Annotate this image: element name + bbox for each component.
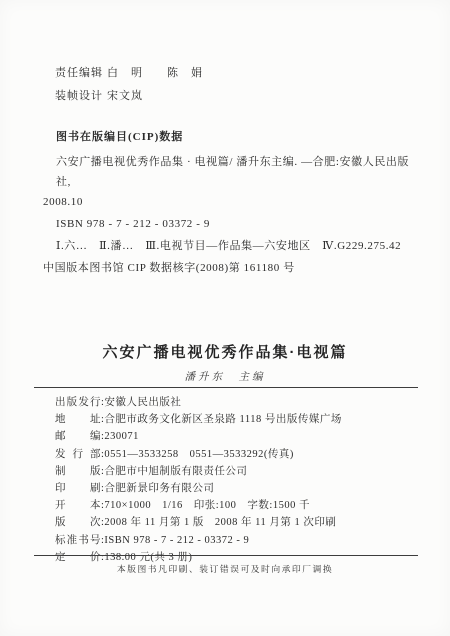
colophon-label: 出版发行 — [55, 394, 101, 411]
colophon-value: 安徽人民出版社 — [104, 394, 430, 411]
chief-editor: 潘升东 主编 — [0, 369, 450, 384]
colophon-value: 0551—3533258 0551—3533292(传真) — [104, 446, 430, 463]
book-title: 六安广播电视优秀作品集·电视篇 — [0, 341, 450, 362]
colophon-label: 地 址 — [55, 411, 101, 428]
colophon-row-edition: 版 次:2008 年 11 月第 1 版 2008 年 11 月第 1 次印刷 — [55, 514, 430, 531]
responsible-editor-label: 责任编辑 — [55, 62, 103, 85]
cip-isbn: ISBN 978 - 7 - 212 - 03372 - 9 — [43, 214, 422, 234]
colophon-label: 标准书号 — [55, 532, 101, 549]
cip-classification: Ⅰ.六… Ⅱ.潘… Ⅲ.电视节目—作品集—六安地区 Ⅳ.G229.275.42 — [43, 236, 422, 256]
colophon-row-format: 开 本:710×1000 1/16 印张:100 字数:1500 千 — [55, 497, 430, 514]
cip-entry-line1: 六安广播电视优秀作品集 · 电视篇/ 潘升东主编. —合肥:安徽人民出版社, — [43, 152, 422, 192]
design-editor-name: 宋文岚 — [107, 85, 143, 108]
colophon-block: 出版发行:安徽人民出版社 地 址:合肥市政务文化新区圣泉路 1118 号出版传媒… — [55, 394, 430, 566]
editor-row: 责任编辑 白 明 陈 娟 — [55, 62, 203, 85]
colophon-label: 开 本 — [55, 497, 101, 514]
title-block: 六安广播电视优秀作品集·电视篇 潘升东 主编 — [0, 341, 450, 384]
cip-block: 图书在版编目(CIP)数据 六安广播电视优秀作品集 · 电视篇/ 潘升东主编. … — [43, 127, 422, 278]
colophon-row-platemaking: 制 版:合肥市中旭制版有限责任公司 — [55, 463, 430, 480]
colophon-label: 制 版 — [55, 463, 101, 480]
colophon-row-distribution: 发 行 部:0551—3533258 0551—3533292(传真) — [55, 446, 430, 463]
colophon-row-postcode: 邮 编:230071 — [55, 428, 430, 445]
colophon-label: 版 次 — [55, 514, 101, 531]
colophon-label: 邮 编 — [55, 428, 101, 445]
colophon-label: 发 行 部 — [55, 446, 101, 463]
colophon-value: 2008 年 11 月第 1 版 2008 年 11 月第 1 次印刷 — [104, 514, 430, 531]
divider-top — [34, 387, 418, 388]
errata-exchange-note: 本版图书凡印刷、装订错误可及时向承印厂调换 — [0, 562, 450, 575]
colophon-value: ISBN 978 - 7 - 212 - 03372 - 9 — [104, 532, 430, 549]
cip-heading: 图书在版编目(CIP)数据 — [43, 127, 422, 147]
colophon-value: 230071 — [104, 428, 430, 445]
colophon-row-printing: 印 刷:合肥新景印务有限公司 — [55, 480, 430, 497]
colophon-value: 合肥市中旭制版有限责任公司 — [104, 463, 430, 480]
editor-row: 装帧设计 宋文岚 — [55, 85, 203, 108]
cip-entry-line2: 2008.10 — [43, 192, 422, 212]
colophon-row-isbn: 标准书号:ISBN 978 - 7 - 212 - 03372 - 9 — [55, 532, 430, 549]
responsible-editor-names: 白 明 陈 娟 — [107, 62, 203, 85]
divider-bottom — [34, 555, 418, 556]
design-editor-label: 装帧设计 — [55, 85, 103, 108]
colophon-value: 710×1000 1/16 印张:100 字数:1500 千 — [104, 497, 430, 514]
colophon-value: 合肥市政务文化新区圣泉路 1118 号出版传媒广场 — [104, 411, 430, 428]
colophon-row-address: 地 址:合肥市政务文化新区圣泉路 1118 号出版传媒广场 — [55, 411, 430, 428]
colophon-row-publisher: 出版发行:安徽人民出版社 — [55, 394, 430, 411]
editors-block: 责任编辑 白 明 陈 娟 装帧设计 宋文岚 — [55, 62, 203, 108]
colophon-value: 合肥新景印务有限公司 — [104, 480, 430, 497]
cip-record-number: 中国版本图书馆 CIP 数据核字(2008)第 161180 号 — [43, 258, 422, 278]
book-copyright-page: 责任编辑 白 明 陈 娟 装帧设计 宋文岚 图书在版编目(CIP)数据 六安广播… — [0, 0, 450, 636]
colophon-label: 印 刷 — [55, 480, 101, 497]
